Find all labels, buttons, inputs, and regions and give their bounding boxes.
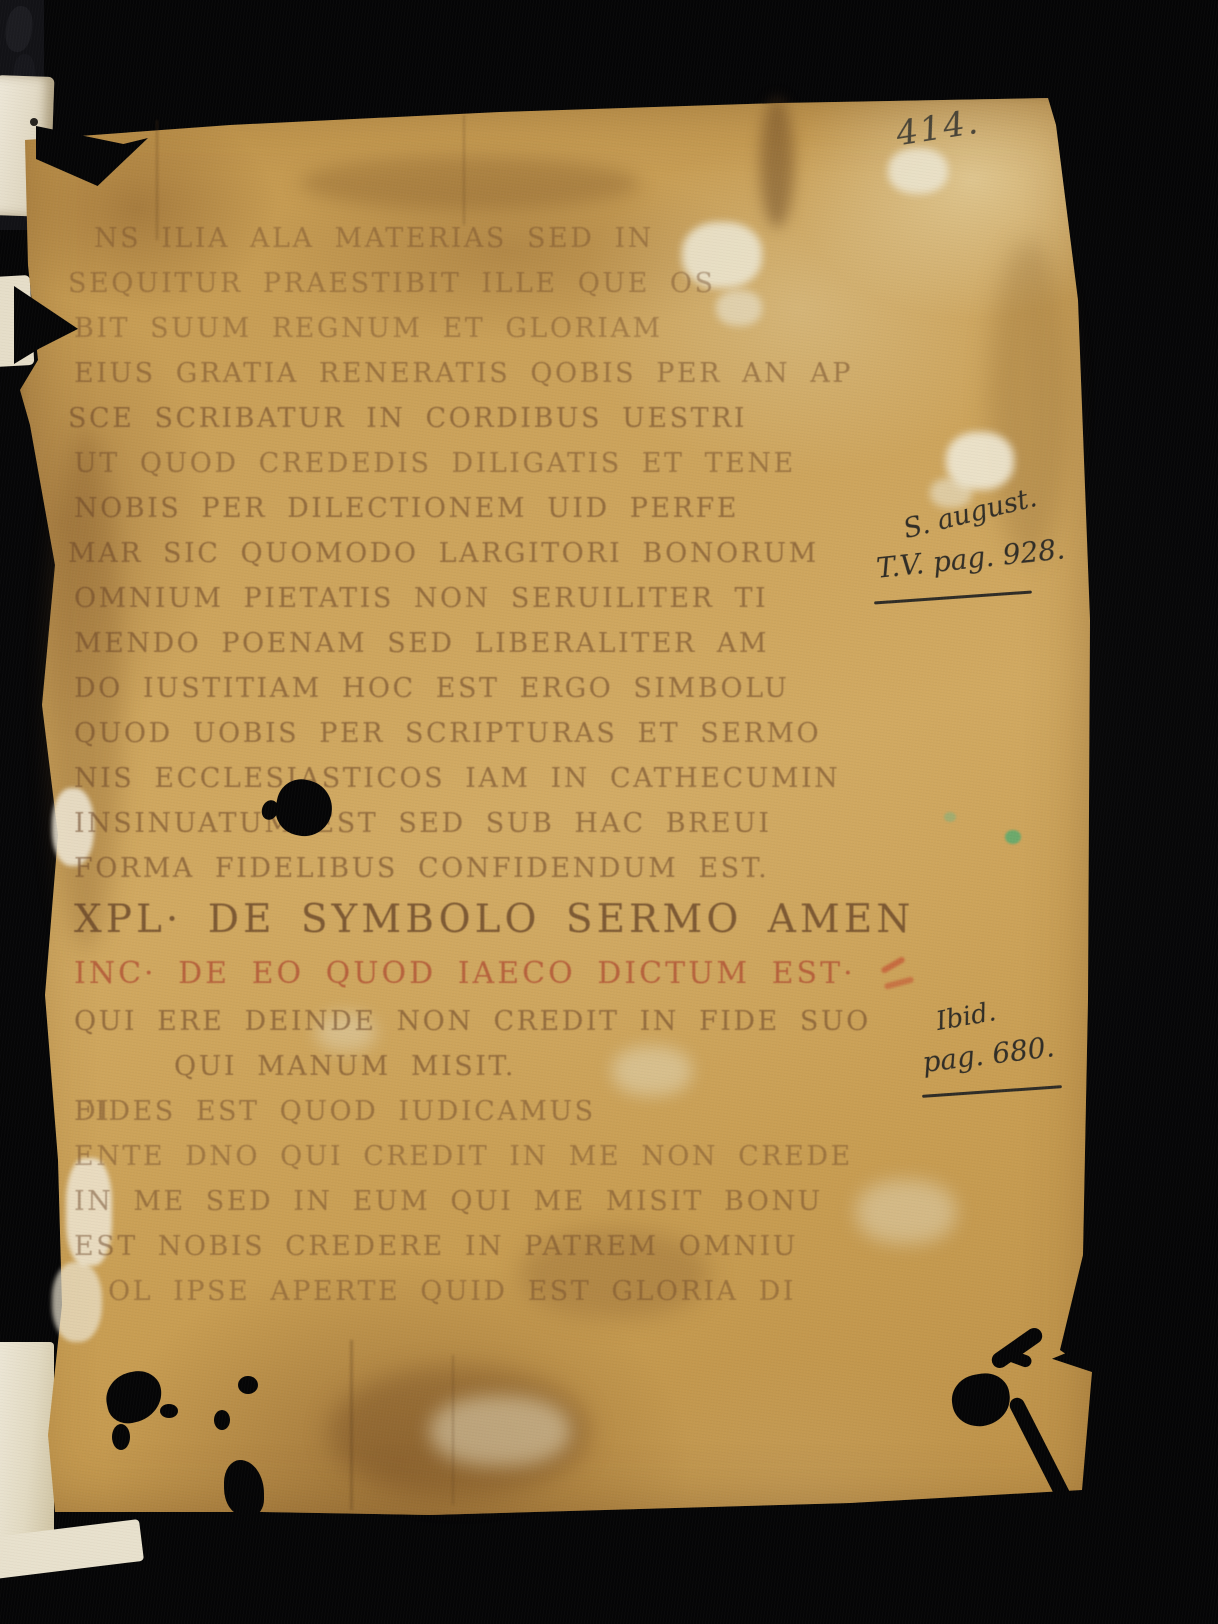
manuscript-text-line: QUI ERE DEINDE NON CREDIT IN FIDE SUO <box>74 999 934 1044</box>
line-text: INC· DE EO QUOD IAECO DICTUM EST· <box>74 949 856 999</box>
manuscript-text-line: EST NOBIS CREDERE IN PATREM OMNIU <box>74 1224 934 1269</box>
parchment-guard-stub <box>0 1342 54 1556</box>
manuscript-text-line: FIDES EST QUOD IUDICAMUSDI <box>74 1089 934 1134</box>
line-text: NS ILIA ALA MATERIAS SED IN <box>94 216 654 261</box>
manuscript-text-line: OMNIUM PIETATIS NON SERUILITER TI <box>74 576 934 621</box>
line-text: QUOD UOBIS PER SCRIPTURAS ET SERMO <box>74 711 821 756</box>
manuscript-text-line: INSINUATUM EST SED SUB HAC BREUI <box>74 801 934 846</box>
rubric-line: INC· DE EO QUOD IAECO DICTUM EST· <box>74 949 934 999</box>
line-text: INSINUATUM EST SED SUB HAC BREUI <box>74 801 772 846</box>
line-text: XPL· DE SYMBOLO SERMO AMEN <box>74 891 914 949</box>
manuscript-text-line: ENTE DNO QUI CREDIT IN ME NON CREDE <box>74 1134 934 1179</box>
green-accretion-spot <box>944 812 956 822</box>
line-text: FORMA FIDELIBUS CONFIDENDUM EST. <box>74 846 769 891</box>
crease <box>452 1355 454 1505</box>
line-text: ENTE DNO QUI CREDIT IN ME NON CREDE <box>74 1134 853 1179</box>
parchment-guard-stub <box>0 275 34 367</box>
manuscript-text-line: IN ME SED IN EUM QUI ME MISIT BONU <box>74 1179 934 1224</box>
line-text: FIDES EST QUOD IUDICAMUS <box>74 1089 596 1134</box>
manuscript-text-line: QUI MANUM MISIT. <box>74 1044 934 1089</box>
line-text: SEQUITUR PRAESTIBIT ILLE QUE OS <box>68 261 716 306</box>
manuscript-text-line: BIT SUUM REGNUM ET GLORIAM <box>74 306 934 351</box>
line-text: NIS ECCLESIASTICOS IAM IN CATHECUMIN <box>74 756 840 801</box>
line-text: EST NOBIS CREDERE IN PATREM OMNIU <box>74 1224 798 1269</box>
manuscript-text-line: MENDO POENAM SED LIBERALITER AM <box>74 621 934 666</box>
line-tail-fragment: DI <box>74 1089 119 1134</box>
line-text: OL IPSE APERTE QUID EST GLORIA DI <box>108 1269 796 1314</box>
line-text: MAR SIC QUOMODO LARGITORI BONORUM <box>68 531 819 576</box>
manuscript-text-line: DO IUSTITIAM HOC EST ERGO SIMBOLU <box>74 666 934 711</box>
manuscript-text-line: NIS ECCLESIASTICOS IAM IN CATHECUMIN <box>74 756 934 801</box>
manuscript-text-line: NOBIS PER DILECTIONEM UID PERFE <box>74 486 934 531</box>
line-text: QUI MANUM MISIT. <box>174 1044 516 1089</box>
line-text: BIT SUUM REGNUM ET GLORIAM <box>74 306 663 351</box>
line-text: OMNIUM PIETATIS NON SERUILITER TI <box>74 576 768 621</box>
manuscript-photograph: NS ILIA ALA MATERIAS SED INSEQUITUR PRAE… <box>0 0 1218 1624</box>
guard-ink-dot <box>30 118 38 126</box>
manuscript-text-block: NS ILIA ALA MATERIAS SED INSEQUITUR PRAE… <box>74 216 934 1314</box>
manuscript-text-line: SEQUITUR PRAESTIBIT ILLE QUE OS <box>68 261 934 306</box>
crease <box>463 115 465 225</box>
line-text: EIUS GRATIA RENERATIS QOBIS PER AN AP <box>74 351 853 396</box>
crease <box>350 1340 353 1510</box>
manuscript-text-line: QUOD UOBIS PER SCRIPTURAS ET SERMO <box>74 711 934 756</box>
line-text: NOBIS PER DILECTIONEM UID PERFE <box>74 486 739 531</box>
line-text: MENDO POENAM SED LIBERALITER AM <box>74 621 769 666</box>
line-text: IN ME SED IN EUM QUI ME MISIT BONU <box>74 1179 823 1224</box>
explicit-heading-line: XPL· DE SYMBOLO SERMO AMEN <box>74 891 934 949</box>
line-text: DO IUSTITIAM HOC EST ERGO SIMBOLU <box>74 666 789 711</box>
manuscript-text-line: OL IPSE APERTE QUID EST GLORIA DI <box>108 1269 934 1314</box>
line-text: UT QUOD CREDEDIS DILIGATIS ET TENE <box>74 441 796 486</box>
green-accretion-spot <box>1005 830 1021 844</box>
manuscript-text-line: SCE SCRIBATUR IN CORDIBUS UESTRI <box>68 396 934 441</box>
line-text: QUI ERE DEINDE NON CREDIT IN FIDE SUO <box>74 999 871 1044</box>
manuscript-text-line: EIUS GRATIA RENERATIS QOBIS PER AN AP <box>74 351 934 396</box>
manuscript-text-line: UT QUOD CREDEDIS DILIGATIS ET TENE <box>74 441 934 486</box>
manuscript-text-line: FORMA FIDELIBUS CONFIDENDUM EST. <box>74 846 934 891</box>
line-text: SCE SCRIBATUR IN CORDIBUS UESTRI <box>68 396 747 441</box>
manuscript-text-line: NS ILIA ALA MATERIAS SED IN <box>94 216 934 261</box>
manuscript-text-line: MAR SIC QUOMODO LARGITORI BONORUM <box>68 531 934 576</box>
